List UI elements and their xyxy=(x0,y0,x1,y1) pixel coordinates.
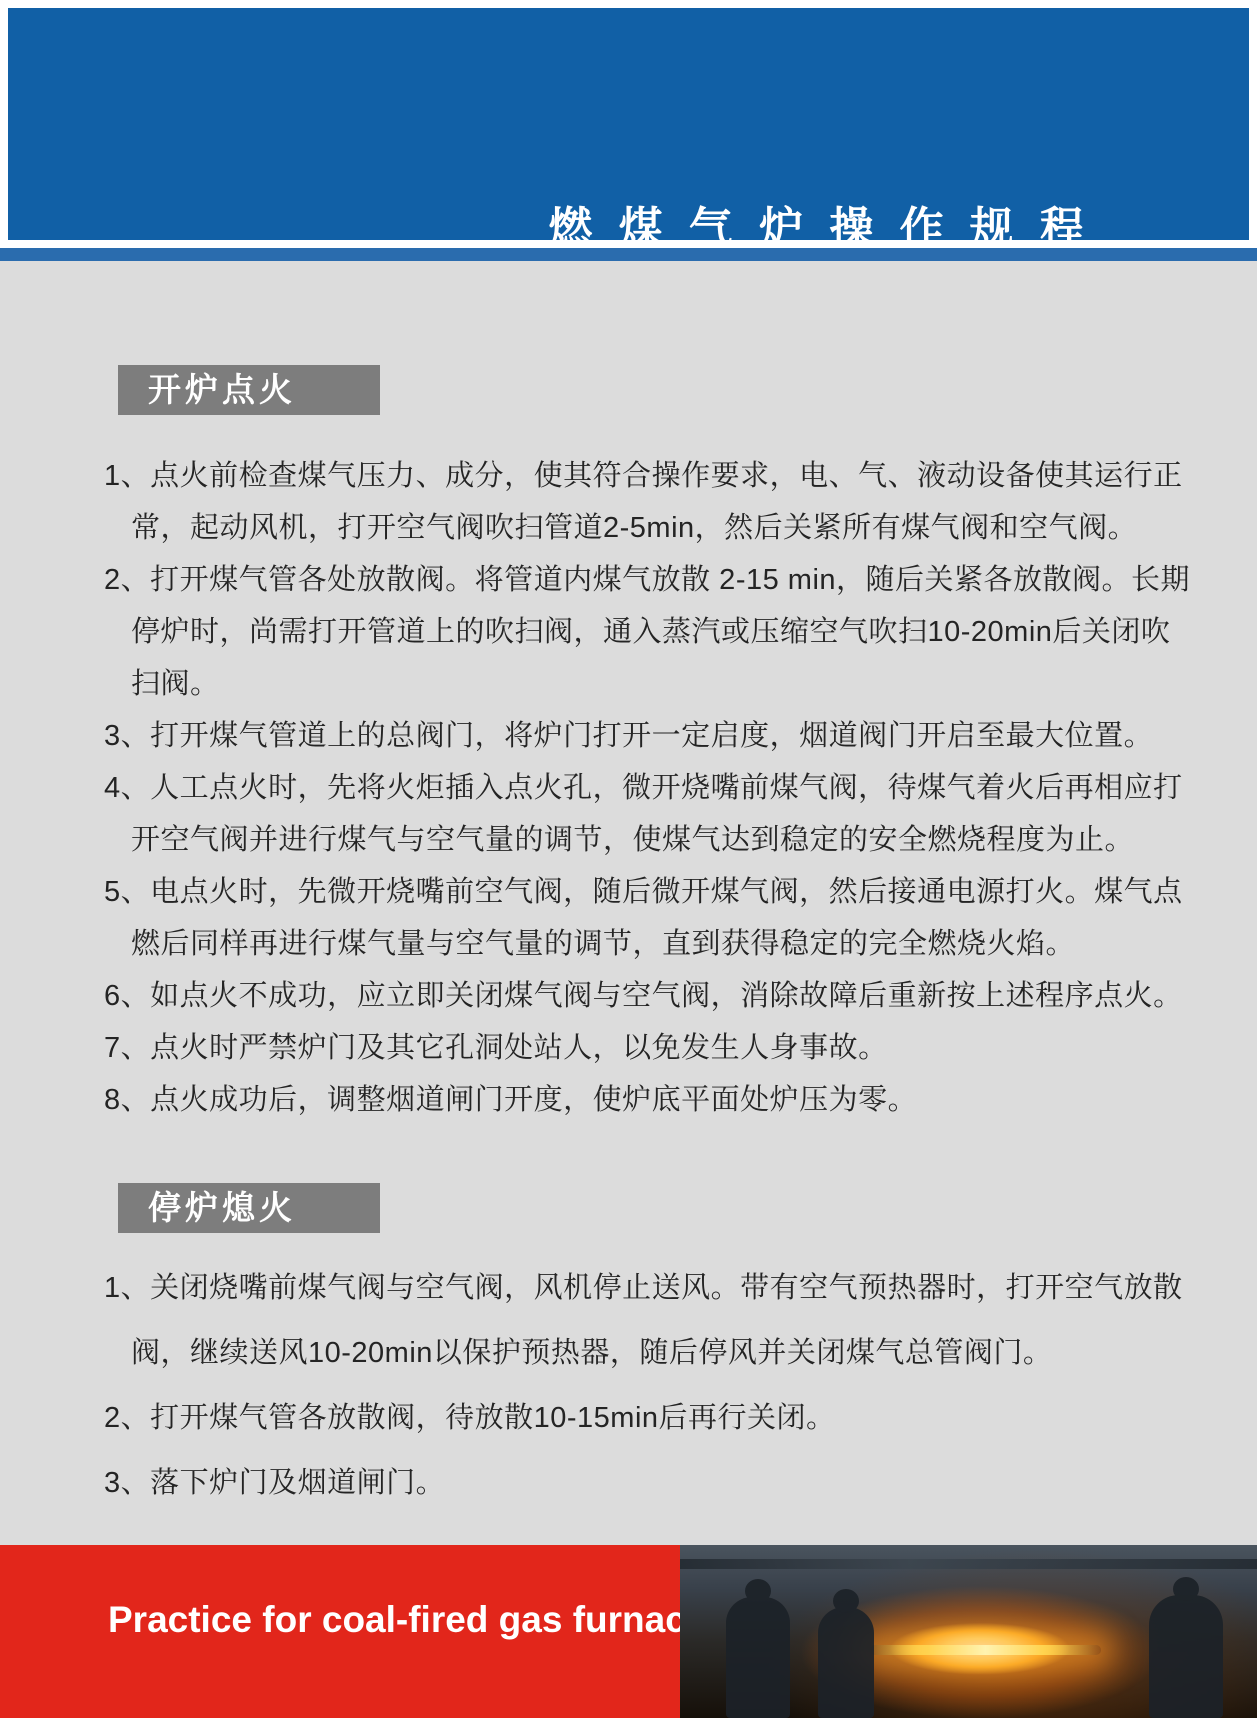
page-title: 燃 煤 气 炉 操 作 规 程 xyxy=(548,192,1091,256)
procedure-line: 6、如点火不成功，应立即关闭煤气阀与空气阀，消除故障后重新按上述程序点火。 xyxy=(104,978,1183,1014)
procedure-line: 2、打开煤气管各处放散阀。将管道内煤气放散 2-15 min，随后关紧各放散阀。… xyxy=(104,562,1190,598)
procedure-line: 1、关闭烧嘴前煤气阀与空气阀，风机停止送风。带有空气预热器时，打开空气放散 xyxy=(104,1270,1183,1306)
worker-silhouette xyxy=(1149,1595,1223,1718)
procedure-line: 3、打开煤气管道上的总阀门，将炉门打开一定启度，烟道阀门开启至最大位置。 xyxy=(104,718,1153,754)
procedure-line: 5、电点火时，先微开烧嘴前空气阀，随后微开煤气阀，然后接通电源打火。煤气点 xyxy=(104,874,1183,910)
molten-metal-glow xyxy=(870,1645,1101,1655)
footer-bar: Practice for coal-fired gas furnace xyxy=(0,1545,1257,1718)
procedure-line: 4、人工点火时，先将火炬插入点火孔，微开烧嘴前煤气阀，待煤气着火后再相应打 xyxy=(104,770,1183,806)
furnace-photo xyxy=(680,1545,1257,1718)
procedure-line: 常，起动风机，打开空气阀吹扫管道2-5min，然后关紧所有煤气阀和空气阀。 xyxy=(131,510,1137,546)
header-band: 燃 煤 气 炉 操 作 规 程 xyxy=(8,8,1249,240)
procedure-line: 开空气阀并进行煤气与空气量的调节，使煤气达到稳定的安全燃烧程度为止。 xyxy=(131,822,1134,858)
poster-page: { "header": { "title": "燃 煤 气 炉 操 作 规 程"… xyxy=(0,0,1257,1718)
worker-silhouette xyxy=(726,1597,790,1718)
procedure-line: 2、打开煤气管各放散阀，待放散10-15min后再行关闭。 xyxy=(104,1400,836,1436)
procedure-line: 阀，继续送风10-20min以保护预热器，随后停风并关闭煤气总管阀门。 xyxy=(131,1335,1052,1371)
procedure-line: 停炉时，尚需打开管道上的吹扫阀，通入蒸汽或压缩空气吹扫10-20min后关闭吹 xyxy=(131,614,1170,650)
procedure-line: 燃后同样再进行煤气量与空气量的调节，直到获得稳定的完全燃烧火焰。 xyxy=(131,926,1075,962)
procedure-line: 3、落下炉门及烟道闸门。 xyxy=(104,1465,445,1501)
machinery-bar xyxy=(680,1559,1257,1569)
procedure-line: 扫阀。 xyxy=(131,666,220,702)
procedure-line: 8、点火成功后，调整烟道闸门开度，使炉底平面处炉压为零。 xyxy=(104,1082,917,1118)
footer-caption: Practice for coal-fired gas furnace xyxy=(108,1599,706,1641)
worker-silhouette xyxy=(818,1607,874,1718)
procedure-line: 1、点火前检查煤气压力、成分，使其符合操作要求，电、气、液动设备使其运行正 xyxy=(104,458,1183,494)
divider-stripe xyxy=(0,248,1257,261)
section-header-ignition: 开炉点火 xyxy=(118,365,380,415)
section-header-shutdown: 停炉熄火 xyxy=(118,1183,380,1233)
procedure-line: 7、点火时严禁炉门及其它孔洞处站人，以免发生人身事故。 xyxy=(104,1030,888,1066)
